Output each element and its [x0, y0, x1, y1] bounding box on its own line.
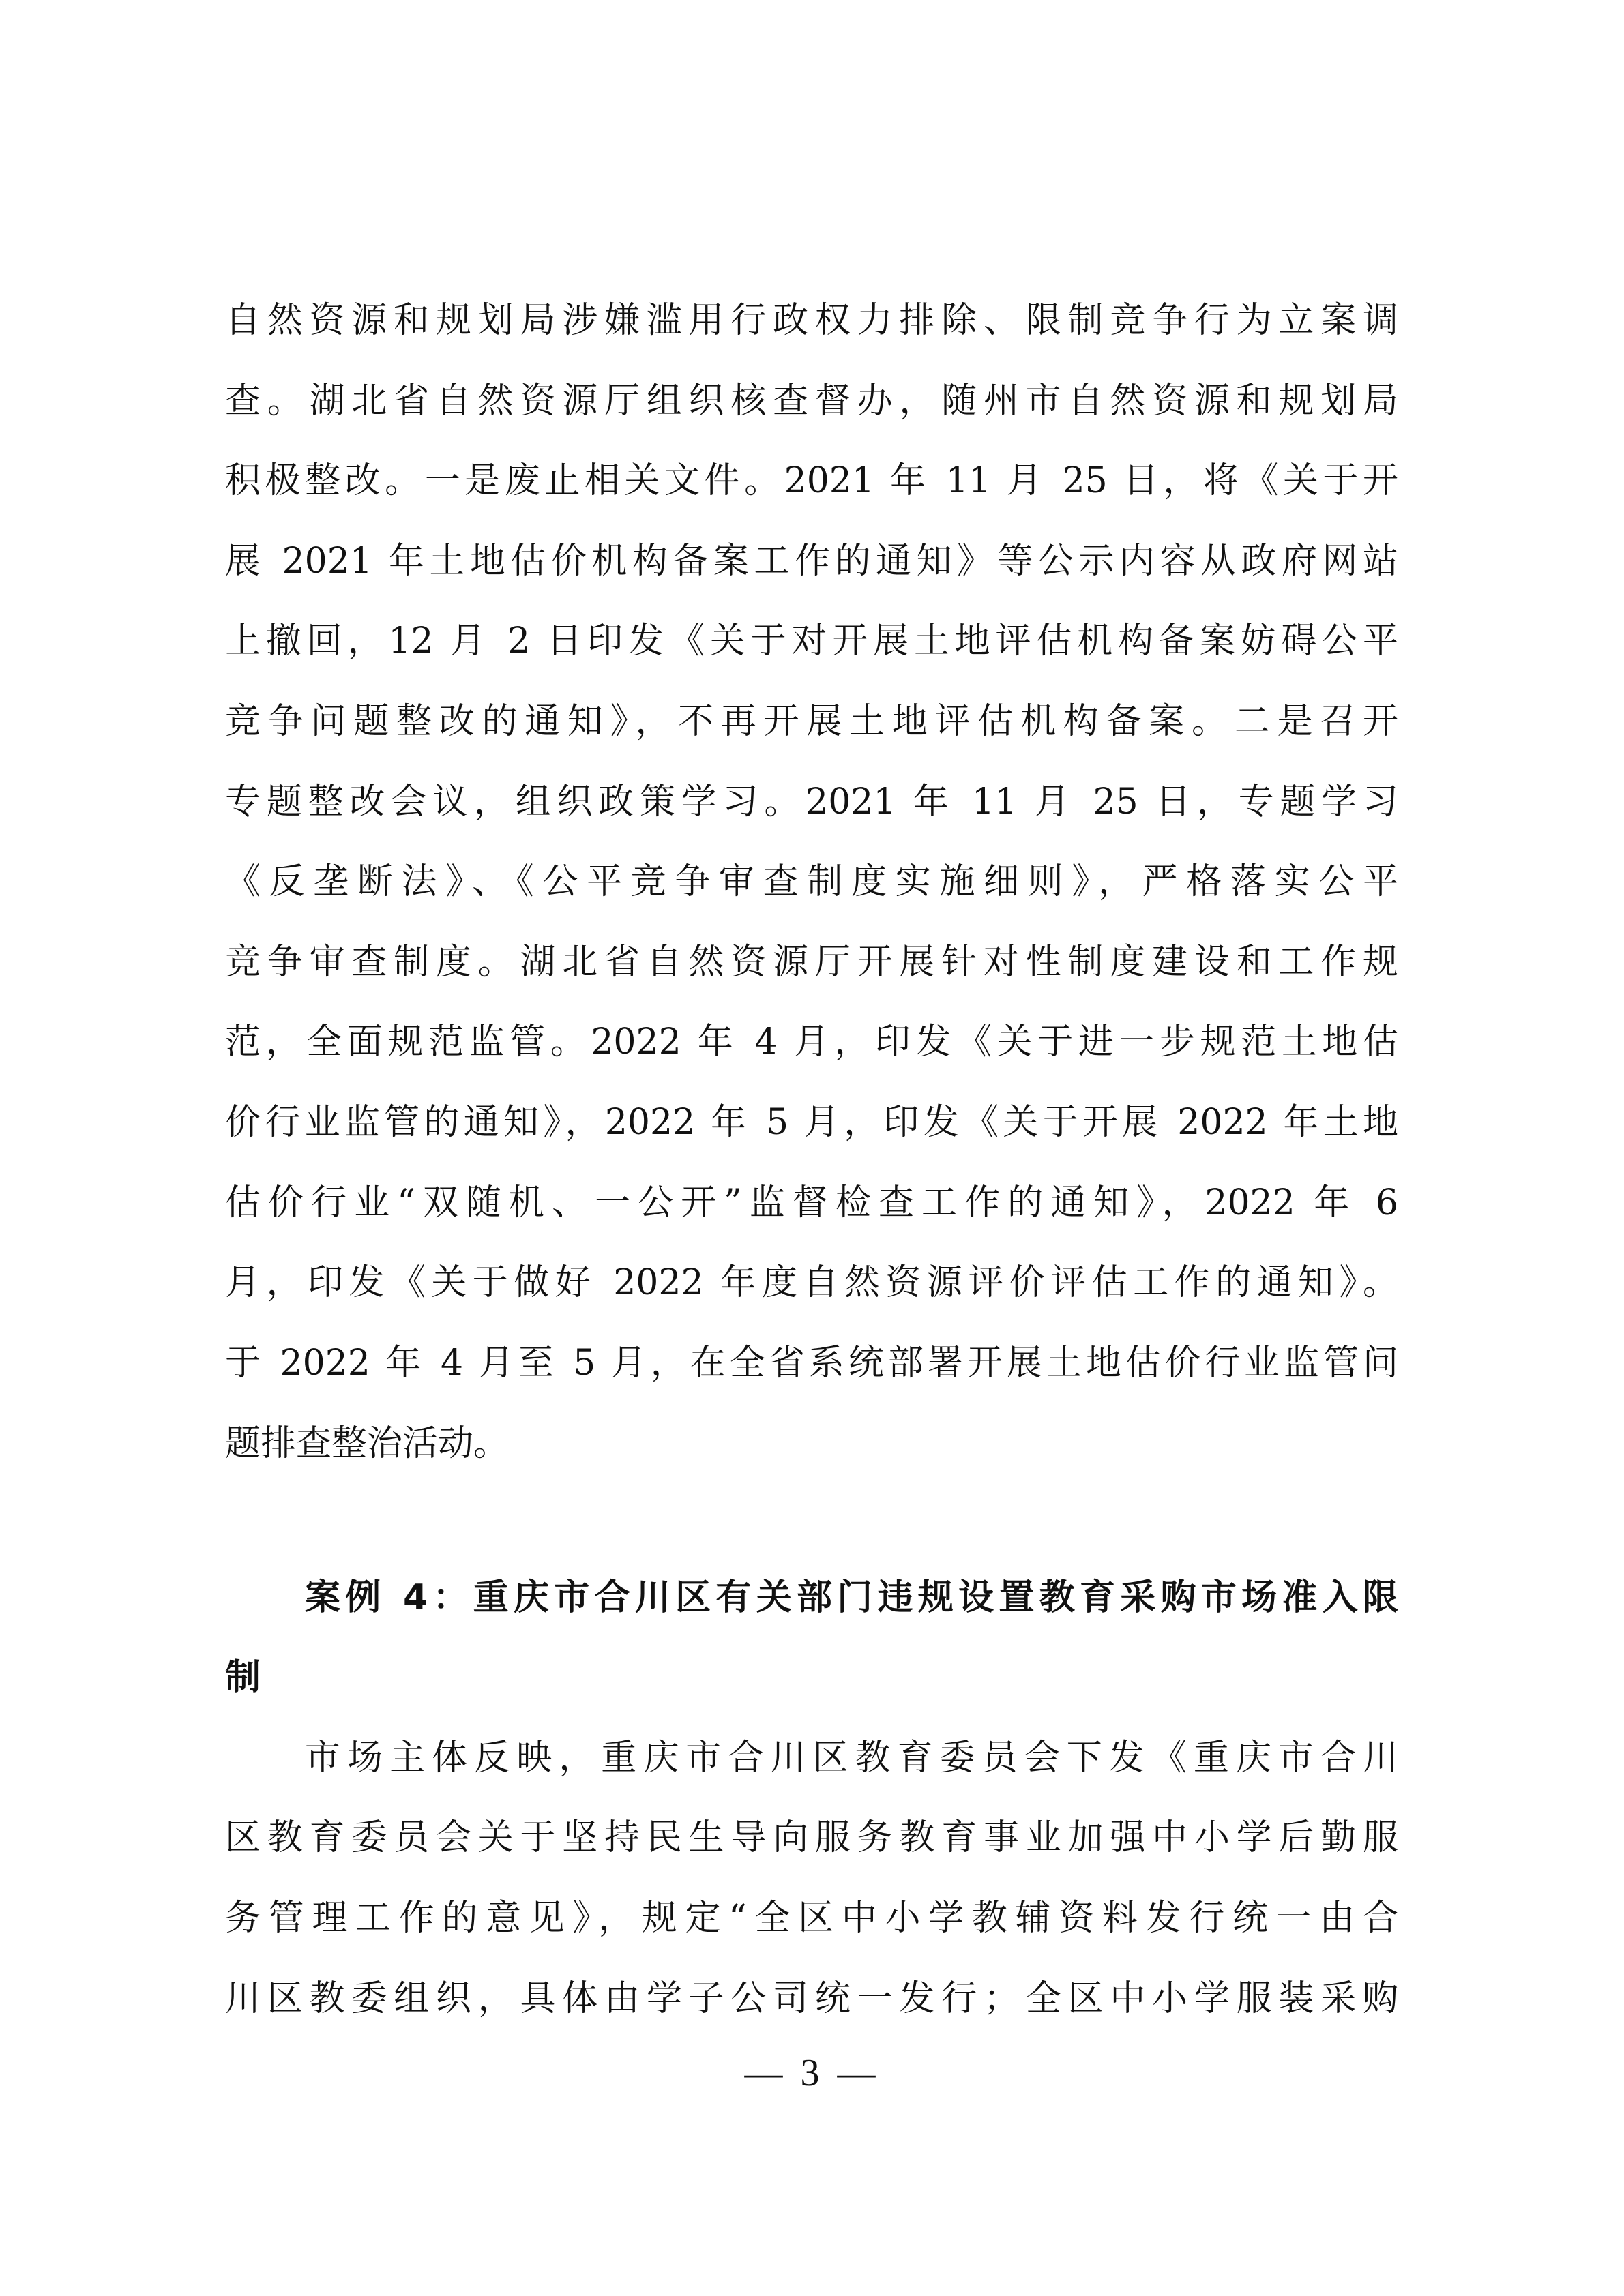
document-page: 自然资源和规划局涉嫌滥用行政权力排除、限制竞争行为立案调 查。湖北省自然资源厅组… [0, 0, 1624, 2296]
page-number: — 3 — [0, 2049, 1624, 2097]
paragraph-line: 《反垄断法》、《公平竞争审查制度实施细则》，严格落实公平 [225, 858, 1398, 906]
paragraph-line: 月，印发《关于做好 2022 年度自然资源评价评估工作的通知》。 [225, 1259, 1398, 1307]
paragraph-line: 川区教委组织，具体由学子公司统一发行；全区中小学服装采购 [225, 1975, 1398, 2023]
case-heading-line: 制 [225, 1654, 1398, 1701]
paragraph-line: 积极整改。一是废止相关文件。2021 年 11 月 25 日，将《关于开 [225, 457, 1398, 505]
case-heading-line: 案例 4：重庆市合川区有关部门违规设置教育采购市场准入限 [305, 1574, 1398, 1622]
paragraph-line: 上撤回，12 月 2 日印发《关于对开展土地评估机构备案妨碍公平 [225, 617, 1398, 665]
paragraph-line: 竞争问题整改的通知》，不再开展土地评估机构备案。二是召开 [225, 698, 1398, 745]
paragraph-line: 竞争审查制度。湖北省自然资源厅开展针对性制度建设和工作规 [225, 938, 1398, 986]
paragraph-line: 价行业监管的通知》，2022 年 5 月，印发《关于开展 2022 年土地 [225, 1099, 1398, 1146]
paragraph-line: 题排查整治活动。 [225, 1420, 1398, 1467]
paragraph-line: 专题整改会议，组织政策学习。2021 年 11 月 25 日，专题学习 [225, 778, 1398, 826]
paragraph-line: 于 2022 年 4 月至 5 月，在全省系统部署开展土地估价行业监管问 [225, 1339, 1398, 1387]
paragraph-line: 市场主体反映，重庆市合川区教育委员会下发《重庆市合川 [305, 1734, 1398, 1782]
paragraph-line: 查。湖北省自然资源厅组织核查督办，随州市自然资源和规划局 [225, 377, 1398, 425]
paragraph-line: 展 2021 年土地估价机构备案工作的通知》等公示内容从政府网站 [225, 537, 1398, 585]
paragraph-line: 务管理工作的意见》，规定“全区中小学教辅资料发行统一由合 [225, 1894, 1398, 1942]
paragraph-line: 估价行业“双随机、一公开”监督检查工作的通知》，2022 年 6 [225, 1179, 1398, 1227]
paragraph-line: 自然资源和规划局涉嫌滥用行政权力排除、限制竞争行为立案调 [225, 297, 1398, 344]
paragraph-line: 区教育委员会关于坚持民生导向服务教育事业加强中小学后勤服 [225, 1814, 1398, 1862]
paragraph-line: 范，全面规范监管。2022 年 4 月，印发《关于进一步规范土地估 [225, 1018, 1398, 1066]
